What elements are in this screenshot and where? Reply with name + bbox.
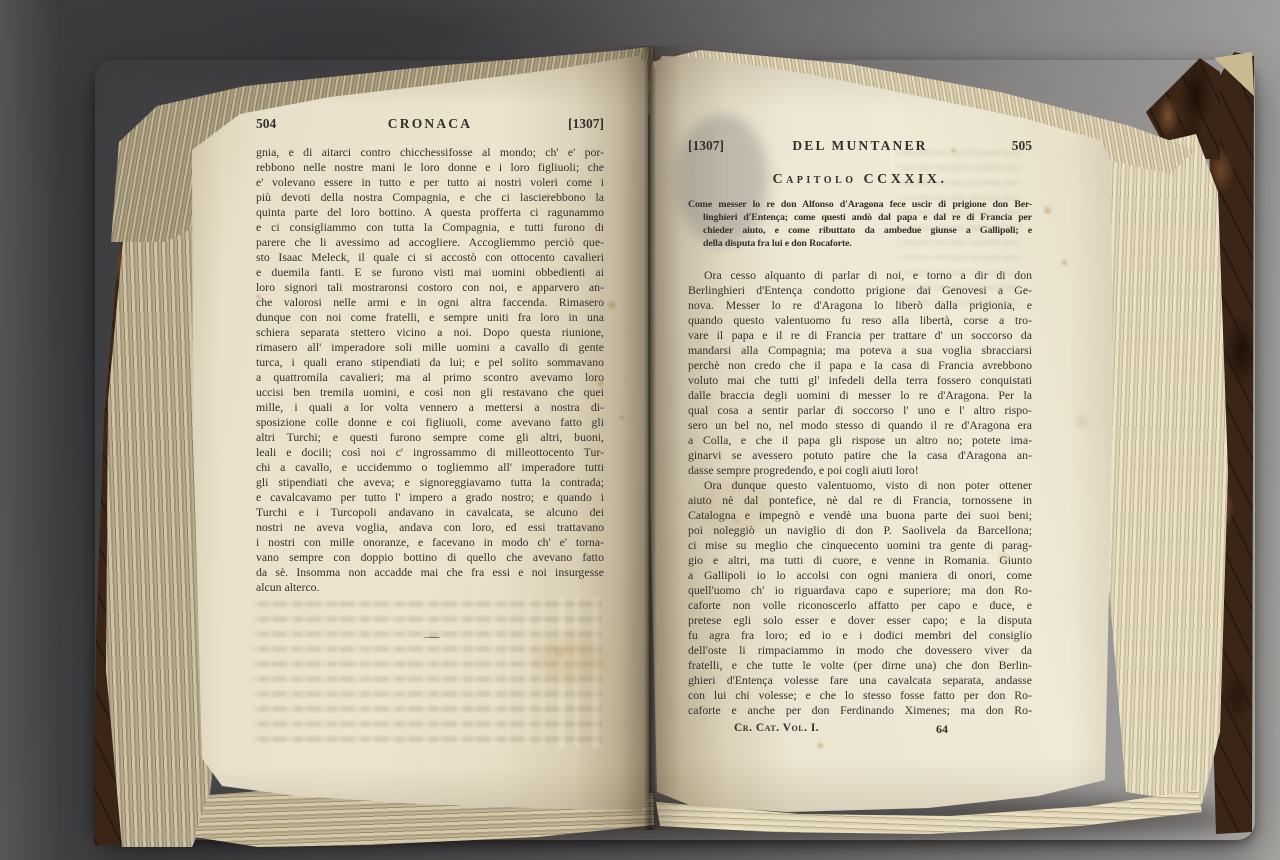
text-line: dasse sempre progredendo, e poi cogli ai… xyxy=(688,463,1032,478)
text-line: da sè. Insomma non accadde mai che fra e… xyxy=(256,565,604,580)
foxing-spot xyxy=(552,644,568,660)
text-line: a quattromila cavalieri; ma al primo sco… xyxy=(256,370,604,385)
text-line: e cavalcavamo per tutto l' impero a grad… xyxy=(256,490,604,505)
text-line: quell'uomo ch' io riguardava capo e supe… xyxy=(688,583,1032,598)
text-line: turca, i quali erano stipendiati da lui;… xyxy=(256,355,604,370)
text-line: della disputa fra lui e don Rocaforte. xyxy=(688,237,1032,250)
text-line: quando questo valentuomo fu reso alla li… xyxy=(688,313,1032,328)
right-year-marker: [1307] xyxy=(688,138,740,154)
text-line: Catalogna e impegnò e vendè una buona pa… xyxy=(688,508,1032,523)
text-line: Berlinghieri d'Entença condotto prigione… xyxy=(688,283,1032,298)
paragraph: Ora cesso alquanto di parlar di noi, e t… xyxy=(688,268,1032,478)
left-running-title: CRONACA xyxy=(308,116,552,132)
text-line: dunque con noi come fratelli, e sempre u… xyxy=(256,310,604,325)
text-line: ci mise su meglio che cinquecento uomini… xyxy=(688,538,1032,553)
text-line: fratelli, e che tutte le volte (per dirn… xyxy=(688,658,1032,673)
text-line: parere che li avessimo ad accogliere. Ac… xyxy=(256,235,604,250)
foxing-spot xyxy=(1042,205,1053,216)
text-line: pretese egli solo esser e dover esser ca… xyxy=(688,613,1032,628)
text-line: leali e docili; così noi c' ingrossammo … xyxy=(256,445,604,460)
right-running-title: DEL MUNTANER xyxy=(740,138,980,154)
text-line: sto Isaac Meleck, il quale ci si accostò… xyxy=(256,250,604,265)
gathering-number: 64 xyxy=(936,722,948,737)
text-line: gnia, e di aitarci contro chicchessifoss… xyxy=(256,145,604,160)
text-line: sposizione colle donne e coi figliuoli, … xyxy=(256,415,604,430)
text-line: i nostri con mille onoranze, e facevano … xyxy=(256,535,604,550)
text-line: perchè non credo che il papa e la casa d… xyxy=(688,358,1032,373)
text-line: alcun alterco. xyxy=(256,580,604,595)
text-line: chi a cavallo, e uccidemmo o togliemmo a… xyxy=(256,460,604,475)
right-page-header: [1307] DEL MUNTANER 505 xyxy=(688,138,1032,154)
text-line: Come messer lo re don Alfonso d'Aragona … xyxy=(688,198,1032,211)
text-line: rebbono nelle nostre mani le loro donne … xyxy=(256,160,604,175)
text-line: uccisi ben tremila uomini, e così non gl… xyxy=(256,385,604,400)
right-page-text: Ora cesso alquanto di parlar di noi, e t… xyxy=(688,268,1032,718)
foxing-spot xyxy=(816,741,825,750)
section-divider: — xyxy=(418,628,444,643)
text-line: quinta parte del loro bottino. A questa … xyxy=(256,205,604,220)
age-stain xyxy=(535,637,605,683)
foxing-spot xyxy=(1060,258,1069,267)
left-page-number: 504 xyxy=(256,116,308,132)
left-page-text: gnia, e di aitarci contro chicchessifoss… xyxy=(256,145,604,595)
text-line: sero un bel no, nel modo stesso di quand… xyxy=(688,418,1032,433)
text-line: a Gallipoli io lo accolsi con ogni manie… xyxy=(688,568,1032,583)
text-line: rimasero all' imperadore soli mille uomi… xyxy=(256,340,604,355)
text-line: gli stipendiati che aveva; e signoreggia… xyxy=(256,475,604,490)
chapter-summary: Come messer lo re don Alfonso d'Aragona … xyxy=(688,198,1032,250)
text-line: che valorosi nelle armi e in ogni altra … xyxy=(256,295,604,310)
text-line: vare il papa e il re di Francia per trat… xyxy=(688,328,1032,343)
text-line: Ora dunque questo valentuomo, visto di n… xyxy=(688,478,1032,493)
text-line: caforte e anche per don Ferdinando Ximen… xyxy=(688,703,1032,718)
text-line: nova. Messer lo re d'Aragona lo liberò d… xyxy=(688,298,1032,313)
text-line: ghieri d'Entença volesse fare una cavalc… xyxy=(688,673,1032,688)
text-line: altri Turchi; e questi furono sempre com… xyxy=(256,430,604,445)
foxing-spot xyxy=(1072,412,1092,432)
text-line: dalle braccia degli uomini di messer lo … xyxy=(688,388,1032,403)
text-line: qual cosa a sentir parlar di soccorso l'… xyxy=(688,403,1032,418)
text-line: linghieri d'Entença; come questi andò da… xyxy=(688,211,1032,224)
page-footer: Cr. Cat. Vol. I. 64 xyxy=(688,722,1032,738)
text-line: gio e altri, ma tutti di cuore, e venne … xyxy=(688,553,1032,568)
text-line: chieder aiuto, e come ributtato da ambed… xyxy=(688,224,1032,237)
photo-background: 504 CRONACA [1307] gnia, e di aitarci co… xyxy=(0,0,1280,860)
foxing-spot xyxy=(618,414,625,421)
show-through-text xyxy=(252,597,602,749)
text-line: Ora cesso alquanto di parlar di noi, e t… xyxy=(688,268,1032,283)
text-line: fu agra fra loro; ed io e i dodici membr… xyxy=(688,628,1032,643)
right-page-number: 505 xyxy=(980,138,1032,154)
text-line: caforte non volle riconoscerlo affatto p… xyxy=(688,598,1032,613)
text-line: voluto mai che tutti gl' infedeli della … xyxy=(688,373,1032,388)
left-page-header: 504 CRONACA [1307] xyxy=(256,116,604,132)
text-line: e duemila fanti. E se furono visti mai u… xyxy=(256,265,604,280)
left-page: 504 CRONACA [1307] gnia, e di aitarci co… xyxy=(180,52,650,820)
text-line: e' volevano essere in tutto e per tutto … xyxy=(256,175,604,190)
text-line: più devoti della nostra Compagnia, e che… xyxy=(256,190,604,205)
text-line: nostri ne aveva voglia, andava con loro,… xyxy=(256,520,604,535)
right-page: [1307] DEL MUNTANER 505 Capitolo CCXXIX.… xyxy=(648,48,1116,820)
text-line: poi noleggiò un naviglio di don P. Saoli… xyxy=(688,523,1032,538)
text-line: a Colla, e che il papa gli rispose un al… xyxy=(688,433,1032,448)
text-line: Turchi e i Turcopoli andavano in cavalca… xyxy=(256,505,604,520)
text-line: loro signori tali mostraronsi costoro co… xyxy=(256,280,604,295)
text-line: con lui chi volesse; e che lo stesso fos… xyxy=(688,688,1032,703)
text-line: dell'oste li rimpaciammo in modo che dov… xyxy=(688,643,1032,658)
text-line: e ci consigliammo con tutta la Compagnia… xyxy=(256,220,604,235)
foxing-spot xyxy=(606,299,618,311)
text-line: vano sempre con doppio bottino di quello… xyxy=(256,550,604,565)
text-line: schiera separata stettero vicino a noi. … xyxy=(256,325,604,340)
left-year-marker: [1307] xyxy=(552,116,604,132)
volume-signature: Cr. Cat. Vol. I. xyxy=(734,722,819,734)
text-line: ginarvi se avessero potuto patire che la… xyxy=(688,448,1032,463)
chapter-heading: Capitolo CCXXIX. xyxy=(688,172,1032,188)
paragraph: Ora dunque questo valentuomo, visto di n… xyxy=(688,478,1032,718)
text-line: mille, i quali a lor volta vennero a met… xyxy=(256,400,604,415)
text-line: aiuto nè dal pontefice, nè dal re di Fra… xyxy=(688,493,1032,508)
text-line: mandarsi alla Compagnia; ma poteva a sua… xyxy=(688,343,1032,358)
